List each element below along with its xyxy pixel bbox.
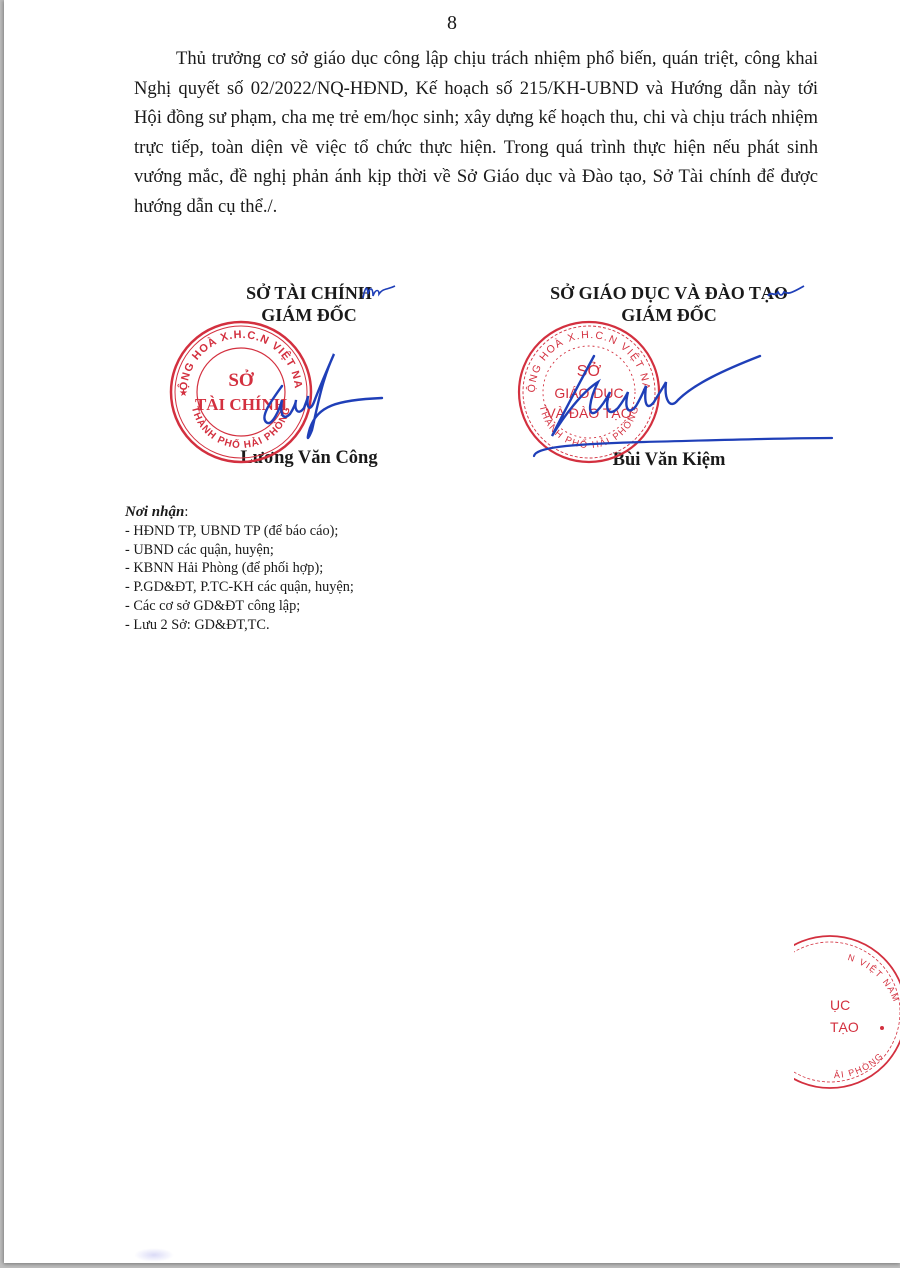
recipients-list: Nơi nhận: HĐND TP, UBND TP (để báo cáo);… (125, 503, 354, 635)
paragraph-text: Thủ trưởng cơ sở giáo dục công lập chịu … (134, 44, 818, 221)
recipient-item: KBNN Hải Phòng (để phối hợp); (125, 559, 354, 578)
scan-artifact (134, 1248, 174, 1262)
recipient-item: HĐND TP, UBND TP (để báo cáo); (125, 522, 354, 541)
svg-text:ỤC: ỤC (830, 997, 850, 1013)
recipients-heading: Nơi nhận: (125, 503, 354, 522)
closing-paragraph: Thủ trưởng cơ sở giáo dục công lập chịu … (134, 44, 818, 221)
initials-mark-icon (766, 282, 806, 304)
svg-text:TẠO: TẠO (830, 1019, 859, 1035)
document-page: 8 Thủ trưởng cơ sở giáo dục công lập chị… (4, 0, 900, 1263)
recipient-item: UBND các quận, huyện; (125, 541, 354, 560)
initials-mark-icon (359, 280, 399, 304)
edge-seal-icon: N VIỆT NAM ẢI PHÒNG ỤC TẠO (794, 930, 900, 1095)
svg-text:★: ★ (179, 388, 188, 399)
recipient-item: P.GD&ĐT, P.TC-KH các quận, huyện; (125, 578, 354, 597)
page-number: 8 (4, 12, 900, 35)
handwritten-signature-finance-icon (252, 350, 392, 450)
svg-text:SỞ: SỞ (228, 369, 255, 391)
svg-text:N VIỆT NAM: N VIỆT NAM (847, 952, 900, 1004)
svg-text:ẢI PHÒNG: ẢI PHÒNG (833, 1050, 885, 1080)
recipient-item: Lưu 2 Sở: GD&ĐT,TC. (125, 616, 354, 635)
handwritten-signature-education-icon (524, 352, 844, 462)
recipient-item: Các cơ sở GD&ĐT công lập; (125, 597, 354, 616)
